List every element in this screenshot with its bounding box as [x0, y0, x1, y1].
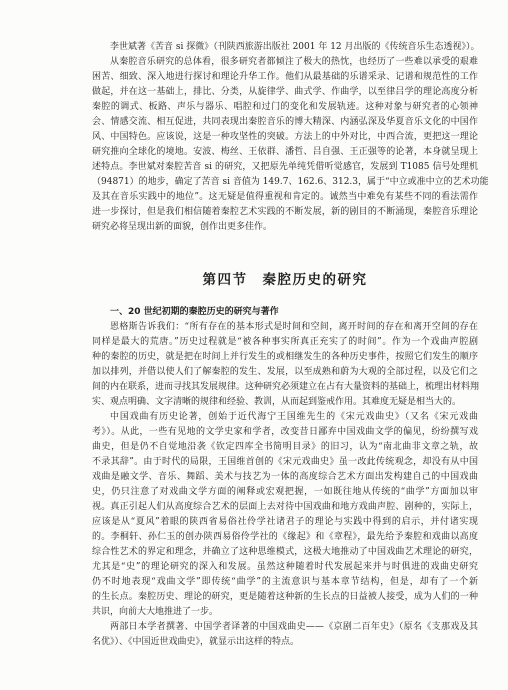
text-line: 同样是最大的荒唐。”历史过程就是“被各种事实所真正充实了的时间”。作为一个戏曲声… [92, 335, 478, 350]
paragraph: 中国戏曲有历史论著，创始于近代海宁王国维先生的《宋元戏曲史》（又名《宋元戏曲 考… [92, 410, 478, 620]
top-text-block: 李世斌著《苦音 si 探微》（刊陕西旅游出版社 2001 年 12 月出版的《传… [92, 40, 478, 235]
text-line: 两部日本学者撰著、中国学者译著的中国戏曲史——《京剧二百年史》（原名《支那戏及其 [92, 620, 478, 635]
text-line: 会、情感交流、相互促进，共同表现出秦腔音乐的博大精深、内涵弘深及华夏音乐文化的中… [92, 115, 478, 130]
text-line: 曲史，但是仍不自觉地沿袭《钦定四库全书简明目录》的旧习，认为“南北曲非文章之轨，… [92, 440, 478, 455]
text-line: 仍不时地表现“戏曲文学”即传统“曲学”的主流意识与基本章节结构，但是，却有了一个… [92, 575, 478, 590]
text-line: 中国戏曲有历史论著，创始于近代海宁王国维先生的《宋元戏曲史》（又名《宋元戏曲 [92, 410, 478, 425]
paragraph: 从秦腔音乐研究的总体看，很多研究者都倾注了极大的热忱，也经历了一些难以承受的艰难… [92, 55, 478, 235]
text-line: 做起，并在这一基础上，排比、分类，从旋律学、曲式学、作曲学，以至律吕学的理论高度… [92, 85, 478, 100]
text-line: 综合性艺术的界定和理念，并确立了这种思维模式，这极大地推动了中国戏曲艺术理论的研… [92, 545, 478, 560]
paragraph: 李世斌著《苦音 si 探微》（刊陕西旅游出版社 2001 年 12 月出版的《传… [92, 40, 478, 55]
text-line: 戏曲是融文学、音乐、舞蹈、美术与技艺为一体的高度综合艺术方面出发构建自己的中国戏… [92, 470, 478, 485]
text-line: 困苦、细致、深入地进行探讨和理论升华工作。他们从最基础的乐谱采录、记谱和规范性的… [92, 70, 478, 85]
text-line: 名优》）、《中国近世戏曲史》，就显示出这样的特点。 [92, 635, 478, 650]
paragraph: 恩格斯告诉我们：“所有存在的基本形式是时间和空间，离开时间的存在和离开空间的存在… [92, 320, 478, 410]
text-line: 加以排列，并借以使人们了解秦腔的发生、发展，以至成熟和蔚为大观的全部过程，以及它… [92, 365, 478, 380]
text-line: 不录其辞”。由于时代的局限，王国维首创的《宋元戏曲史》虽一改此传统观念，却没有从… [92, 455, 478, 470]
text-line: 恩格斯告诉我们：“所有存在的基本形式是时间和空间，离开时间的存在和离开空间的存在 [92, 320, 478, 335]
text-line: 的生长点。秦腔历史、理论的研究，更是随着这种新的生长点的日益被人接受，成为人们的… [92, 590, 478, 605]
paragraph: 两部日本学者撰著、中国学者译著的中国戏曲史——《京剧二百年史》（原名《支那戏及其… [92, 620, 478, 650]
section-heading: 第四节 秦腔历史的研究 [92, 271, 478, 289]
text-line: 史，仍只注意了对戏曲文学方面的阐释或宏观把握，一如既往地从传统的“曲学”方面加以… [92, 485, 478, 500]
text-line: 述特点。李世斌对秦腔苦音 si 的研究，又把原先单纯凭借听觉感官，发展到 T10… [92, 160, 478, 175]
document-page: 李世斌著《苦音 si 探微》（刊陕西旅游出版社 2001 年 12 月出版的《传… [0, 0, 508, 690]
text-line: 应该是从“夏风”着眼的陕西省易俗社伶学社诸君子的理论与实践中得到的启示，并付诸实… [92, 515, 478, 530]
text-line: 共识，向前大大地推进了一步。 [92, 605, 478, 620]
text-line: 尤其是“史”的理论研究的深入和发展。虽然这种随着时代发展起来并与时俱进的戏曲史研… [92, 560, 478, 575]
text-line: 实、观点明确、文字清晰的规律和经验、教训，从而起到鉴戒作用。其难度无疑是相当大的… [92, 395, 478, 410]
text-line: 种的秦腔的历史，就是把在时间上并行发生的或相继发生的各种历史事件，按照它们发生的… [92, 350, 478, 365]
text-line: 研究必将呈现出新的面貌，创作出更多佳作。 [92, 220, 478, 235]
text-line: 视。真正引起人们从高度综合艺术的层面上去对待中国戏曲和地方戏曲声腔、剧种的，实际… [92, 500, 478, 515]
text-line: 的。李桐轩、孙仁玉的创办陕西易俗伶学社的《缘起》和《章程》，最先给予秦腔和戏曲以… [92, 530, 478, 545]
text-line: 考》）。从此，一些有见地的文学史家和学者，改变昔日鄙弃中国戏曲文学的偏见，纷纷撰… [92, 425, 478, 440]
text-line: 研究推向全球化的境地。安波、梅丝、王依群、潘哲、吕自强、王正强等的论著，本身就呈… [92, 145, 478, 160]
text-line: （94871）的地步，确定了苦音 si 音值为 149.7、162.6、312.… [92, 175, 478, 190]
text-line: 风、中国特色。应该说，这是一种攻坚性的突破。方法上的中外对比，中西合流，更把这一… [92, 130, 478, 145]
text-line: 秦腔的调式、板路、声乐与器乐、唱腔和过门的变化和发展轨迹。这种对象与研究者的心领… [92, 100, 478, 115]
subsection-heading: 一、20 世纪初期的秦腔历史的研究与著作 [92, 305, 478, 320]
section-body: 一、20 世纪初期的秦腔历史的研究与著作 恩格斯告诉我们：“所有存在的基本形式是… [92, 305, 478, 650]
text-line: 间的内在联系，进而寻找其发展规律。这种研究必须建立在占有大量资料的基础上，梳理出… [92, 380, 478, 395]
text-line: 李世斌著《苦音 si 探微》（刊陕西旅游出版社 2001 年 12 月出版的《传… [92, 40, 478, 55]
text-line: 从秦腔音乐研究的总体看，很多研究者都倾注了极大的热忱，也经历了一些难以承受的艰难 [92, 55, 478, 70]
text-line: 进一步探讨，但是我们相信随着秦腔艺术实践的不断发展，新的剧目的不断涌现，秦腔音乐… [92, 205, 478, 220]
text-line: 及其在音乐实践中的地位”。这无疑是值得重视和肯定的。诚然当中难免有某些不同的看法… [92, 190, 478, 205]
